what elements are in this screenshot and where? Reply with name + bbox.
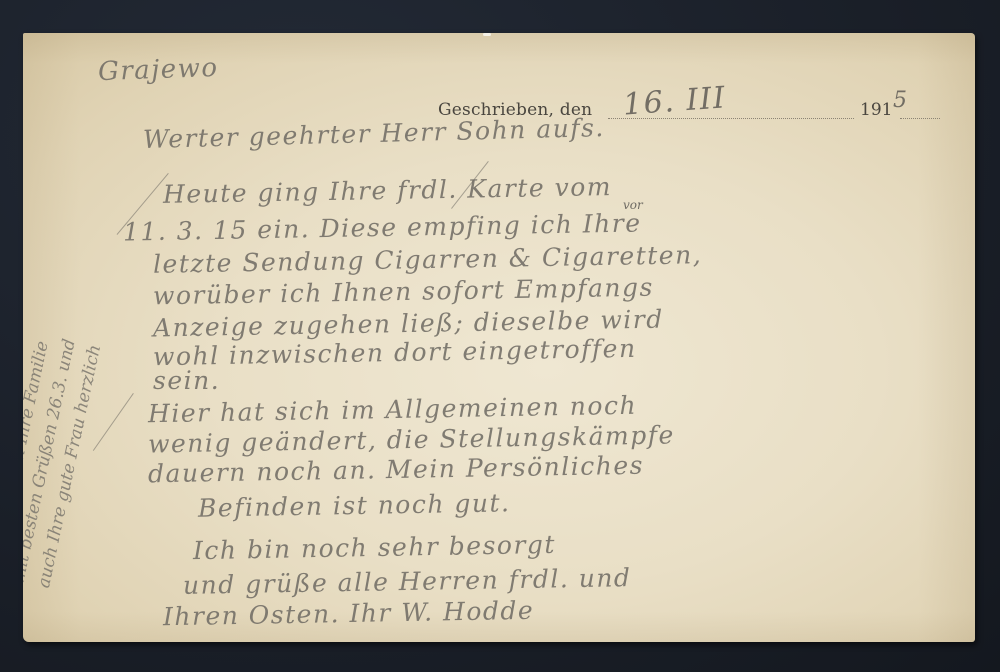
pencil-flourish [93,393,134,451]
handwritten-line: 11. 3. 15 ein. Diese empfing ich Ihre [123,208,642,246]
handwritten-line: Befinden ist noch gut. [198,488,511,522]
postcard: Geschrieben, den 16. III 191 5 Grajewo v… [23,33,975,642]
handwritten-line: Heute ging Ihre frdl. Karte vom [163,172,612,209]
handwritten-line: sein. [153,366,220,395]
handwritten-line: worüber ich Ihnen sofort Empfangs [153,273,654,311]
handwritten-signature-line: Ihren Osten. Ihr W. Hodde [163,596,535,631]
year-dotted-rule [900,118,940,119]
card-edge-wear [483,33,491,36]
handwritten-line: und grüße alle Herren frdl. und [183,563,632,600]
salutation-place: Grajewo [98,53,220,87]
handwritten-line: Werter geehrter Herr Sohn aufs. [143,113,605,154]
handwritten-date: 16. III [622,80,728,122]
handwritten-year-suffix: 5 [893,88,909,113]
printed-year-prefix: 191 [860,100,892,120]
handwritten-line: Ich bin noch sehr besorgt [193,530,556,565]
margin-note-rotated: Ich grüße auch Ihre Familie mit besten G… [23,154,146,591]
